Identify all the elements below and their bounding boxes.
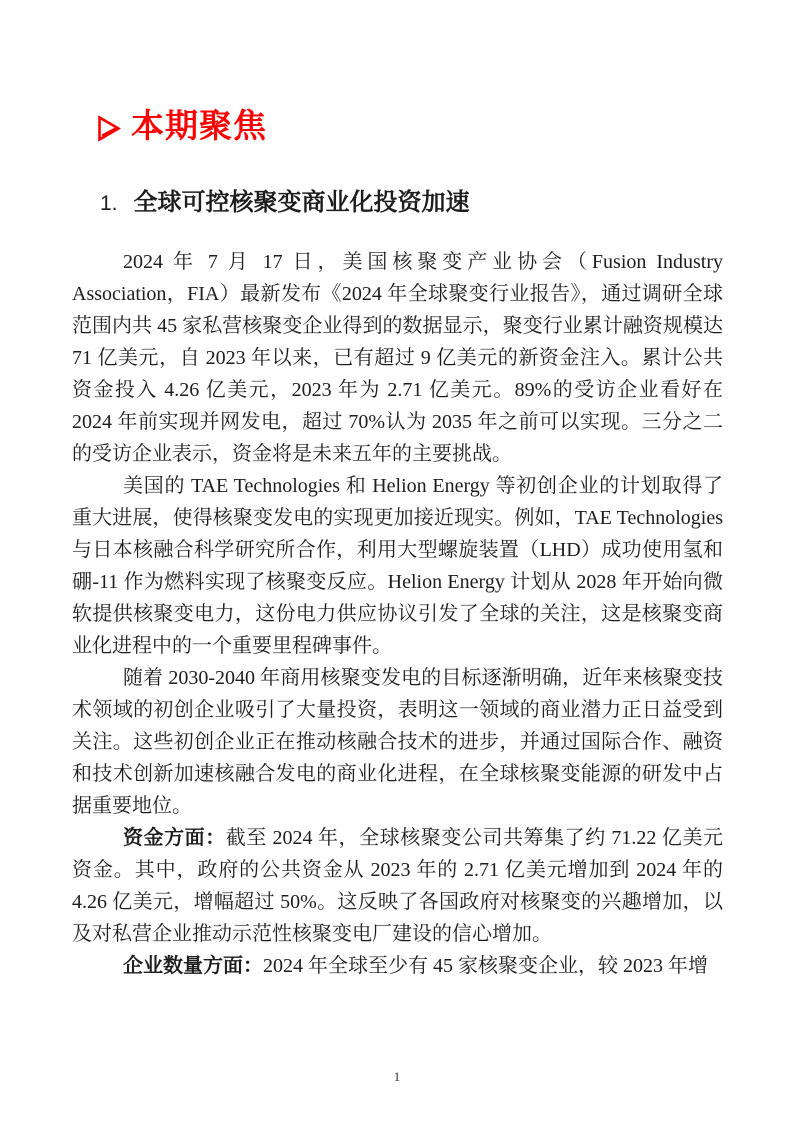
- paragraph-3: 随着 2030-2040 年商用核聚变发电的目标逐渐明确，近年来核聚变技术领域的…: [72, 662, 723, 822]
- paragraph-3-text: 随着 2030-2040 年商用核聚变发电的目标逐渐明确，近年来核聚变技术领域的…: [72, 667, 723, 817]
- paragraph-5: 企业数量方面：2024 年全球至少有 45 家核聚变企业，较 2023 年增: [72, 950, 723, 982]
- paragraph-4-lead: 资金方面：: [123, 827, 226, 849]
- focus-title: 本期聚焦: [131, 106, 267, 146]
- section-title: 全球可控核聚变商业化投资加速: [134, 190, 470, 216]
- section-heading: 1.全球可控核聚变商业化投资加速: [100, 186, 470, 221]
- paragraph-4: 资金方面：截至 2024 年，全球核聚变公司共筹集了约 71.22 亿美元资金。…: [72, 822, 723, 950]
- paragraph-2: 美国的 TAE Technologies 和 Helion Energy 等初创…: [72, 470, 723, 662]
- paragraph-1-text: 2024 年 7 月 17 日，美国核聚变产业协会（Fusion Industr…: [72, 251, 723, 465]
- article-body: 2024 年 7 月 17 日，美国核聚变产业协会（Fusion Industr…: [72, 246, 723, 982]
- paragraph-1: 2024 年 7 月 17 日，美国核聚变产业协会（Fusion Industr…: [72, 246, 723, 470]
- paragraph-5-text: 2024 年全球至少有 45 家核聚变企业，较 2023 年增: [263, 955, 708, 977]
- focus-header: 本期聚焦: [97, 106, 267, 146]
- document-page: 本期聚焦 1.全球可控核聚变商业化投资加速 2024 年 7 月 17 日，美国…: [0, 0, 794, 1123]
- section-number: 1.: [100, 192, 118, 215]
- paragraph-5-lead: 企业数量方面：: [123, 955, 263, 977]
- arrowhead-right-icon: [97, 115, 121, 142]
- page-number: 1: [0, 1069, 794, 1085]
- paragraph-2-text: 美国的 TAE Technologies 和 Helion Energy 等初创…: [72, 475, 723, 657]
